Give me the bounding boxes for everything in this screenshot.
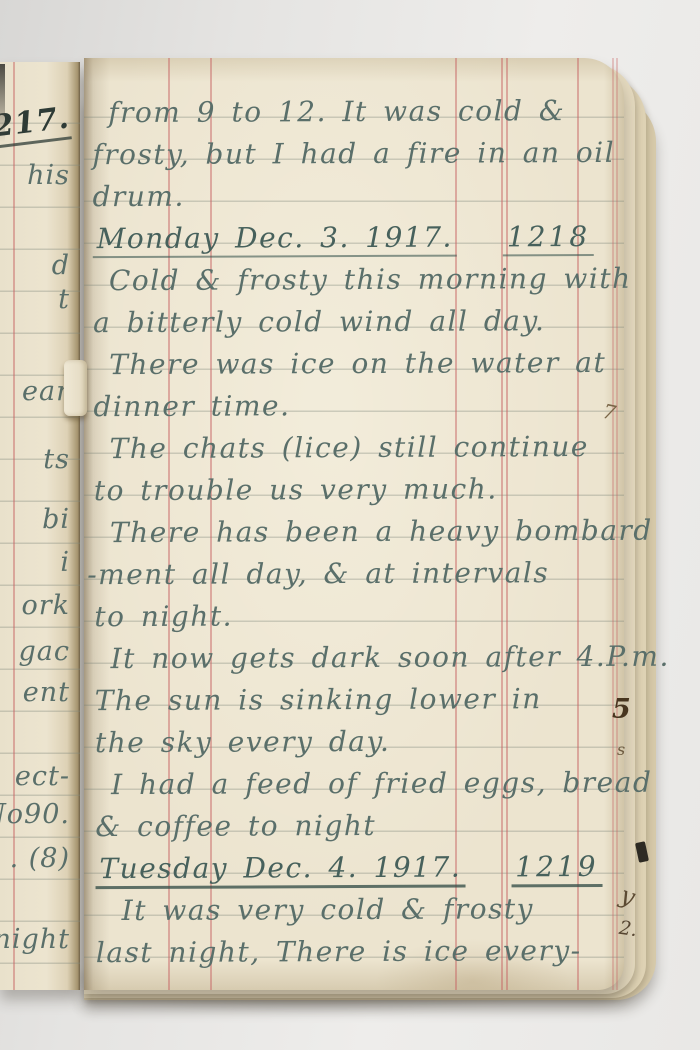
diary-line: -ment all day, & at intervals [87,553,624,597]
left-page-fragment: d [52,252,70,279]
diary-line: Cold & frosty this morning with [93,259,623,303]
diary-line: It now gets dark soon after 4.P.m. [94,637,624,681]
left-page-fragment: ect- [15,763,70,790]
edge-mark: s [617,742,625,758]
notebook-page-verso-edge: 217.hisdteartsbiiorkgacentect-No90.. (8)… [0,62,80,990]
entry-date: Tuesday Dec. 4. 1917. [95,851,465,890]
left-page-fragment: night [0,926,70,953]
diary-line: The chats (lice) still continue [94,427,624,471]
left-page-fragment: ts [43,446,70,473]
left-page-fragment: ork [21,592,70,619]
entry-day-number: 1219 [511,850,602,887]
left-page-fragment: 217. [0,103,72,148]
left-page-fragment: bi [42,506,70,533]
diary-line: last night, There is ice every- [96,931,626,975]
left-page-fragment: ent [23,679,70,706]
entry-heading: Monday Dec. 3. 1917.1218 [93,217,623,261]
notebook-photo: from 9 to 12. It was cold &frosty, but I… [0,0,700,1050]
cover-edge [0,64,5,142]
left-page-fragment: i [60,549,70,576]
diary-line: & coffee to night [95,805,625,849]
diary-line: drum. [92,175,622,219]
diary-line: from 9 to 12. It was cold & [92,91,622,135]
edge-mark: 2. [618,919,639,940]
diary-line: The sun is sinking lower in [95,679,625,723]
notebook-page-recto: from 9 to 12. It was cold &frosty, but I… [84,58,624,990]
left-page-fragment: gac [18,638,70,665]
left-page-fragment: his [27,162,70,189]
left-page-fragment: No90. [0,801,70,828]
entry-date: Monday Dec. 3. 1917. [93,221,457,259]
left-page-fragment: ear [22,378,70,405]
diary-line: There was ice on the water at [93,343,623,387]
entry-heading: Tuesday Dec. 4. 1917.1219 [95,847,625,891]
diary-text: from 9 to 12. It was cold &frosty, but I… [92,91,626,975]
diary-line: dinner time. [93,385,623,429]
diary-line: There has been a heavy bombard [94,511,624,555]
page-tab [64,360,87,416]
entry-day-number: 1218 [503,220,594,256]
diary-line: I had a feed of fried eggs, bread [95,763,625,807]
diary-line: to night. [94,595,624,639]
diary-line: It was very cold & frosty [96,889,626,933]
left-page-fragment: . (8) [10,845,70,872]
diary-line: frosty, but I had a fire in an oil [92,133,622,177]
edge-mark: 5 [612,696,631,723]
left-page-fragment: t [58,286,70,313]
diary-line: to trouble us very much. [94,469,624,513]
diary-line: a bitterly cold wind all day. [93,301,623,345]
diary-line: the sky every day. [95,721,625,765]
